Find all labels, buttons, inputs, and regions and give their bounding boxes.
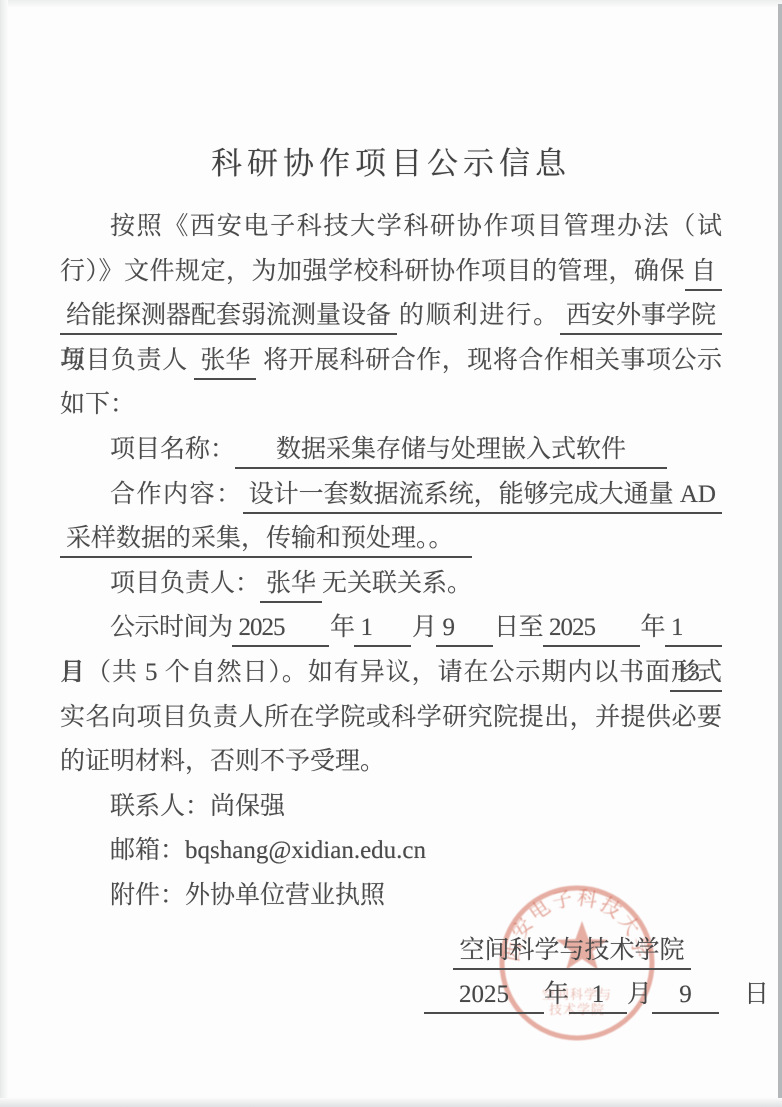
text-segment: 空间科学与技术学院 [453,936,690,970]
text-segment: 实名向项目负责人所在学院或科学研究院提出，并提供必要 [60,704,722,731]
text-segment: 按照《西安电子科技大学科研协作项目管理办法（试 [110,213,722,240]
text-line: 的证明材料，否则不予受理。 [60,740,722,785]
text-line: 项目名称：数据采集存储与处理嵌入式软件 [60,428,722,473]
text-segment: 设计一套数据流系统，能够完成大通量 AD [243,480,722,514]
text-segment: 的证明材料，否则不予受理。 [60,748,385,775]
text-line: 日（共 5 个自然日）。如有异议，请在公示期内以书面形式 [60,651,722,696]
text-line: 邮箱：bqshang@xidian.edu.cn [60,829,722,874]
text-line: 采样数据的采集，传输和预处理。。 [60,517,722,562]
text-segment: 年 [329,614,354,641]
text-line: 实名向项目负责人所在学院或科学研究院提出，并提供必要 [60,696,722,741]
text-line: 项目负责人 张华 将开展科研合作，现将合作相关事项公示 [60,339,722,384]
text-segment: 项目名称： [110,436,235,463]
scanned-page: 科研协作项目公示信息 按照《西安电子科技大学科研协作项目管理办法（试行）》文件规… [0,0,782,1107]
text-segment: 行）》文件规定，为加强学校科研协作项目的管理，确保 [60,258,685,285]
text-segment: 无关联关系。 [322,570,472,597]
text-line: 合作内容：设计一套数据流系统，能够完成大通量 AD [60,473,722,518]
text-segment: 邮箱：bqshang@xidian.edu.cn [110,837,426,864]
text-segment: 2025 [543,613,640,647]
text-segment: 采样数据的采集，传输和预处理。。 [60,524,472,558]
text-line: 如下： [60,383,722,428]
page-edge-bottom [0,1098,782,1107]
text-line: 联系人：尚保强 [60,785,722,830]
signature-department: 空间科学与技术学院 [452,929,692,973]
signature-date: 2025年1月9 日 [424,973,754,1017]
text-segment: 月 [627,981,652,1008]
text-segment: 数据采集存储与处理嵌入式软件 [235,435,667,469]
text-segment: 2025 [232,613,329,647]
text-segment: 日（共 5 个自然日）。如有异议，请在公示期内以书面形式 [60,659,722,686]
text-segment: 2025 [424,980,544,1014]
text-segment: 1 [354,613,411,647]
text-line: 项目负责人：张华无关联关系。 [60,562,722,607]
text-segment: 给能探测器配套弱流测量设备 [60,301,397,335]
document-body: 按照《西安电子科技大学科研协作项目管理办法（试行）》文件规定，为加强学校科研协作… [60,205,722,919]
text-segment: 联系人：尚保强 [110,793,285,820]
text-segment: 西安外事学院 [560,301,722,335]
text-segment: 将开展科研合作，现将合作相关事项公示 [256,347,722,374]
page-edge-top [0,0,782,7]
text-segment: 9 [436,613,493,647]
text-segment: 张华 [260,569,322,603]
text-segment [719,981,744,1008]
text-segment: 的顺利进行。 [397,302,560,329]
text-segment: 自 [685,257,722,291]
text-segment: 张华 [194,346,256,380]
text-segment: 1 [665,613,722,647]
text-segment: 项目负责人 [60,347,194,374]
text-segment: 1 [569,980,627,1014]
text-segment: 日至 [493,614,542,641]
text-line: 按照《西安电子科技大学科研协作项目管理办法（试 [60,205,722,250]
text-segment: 附件：外协单位营业执照 [110,882,385,909]
text-segment: 年 [640,614,665,641]
text-segment: 项目负责人： [110,570,260,597]
text-segment: 公示时间为 [110,614,232,641]
text-segment: 月 [411,614,436,641]
document-title: 科研协作项目公示信息 [0,138,782,183]
text-segment: 年 [544,981,569,1008]
text-segment: 日 [744,981,769,1008]
text-line: 行）》文件规定，为加强学校科研协作项目的管理，确保自 [60,250,722,295]
text-segment: 合作内容： [110,481,243,508]
text-line: 公示时间为2025年1月9日至2025年1月13 [60,606,722,651]
text-segment: 如下： [60,391,135,418]
text-segment: 9 [652,980,719,1014]
text-line: 给能探测器配套弱流测量设备的顺利进行。西安外事学院与 [60,294,722,339]
